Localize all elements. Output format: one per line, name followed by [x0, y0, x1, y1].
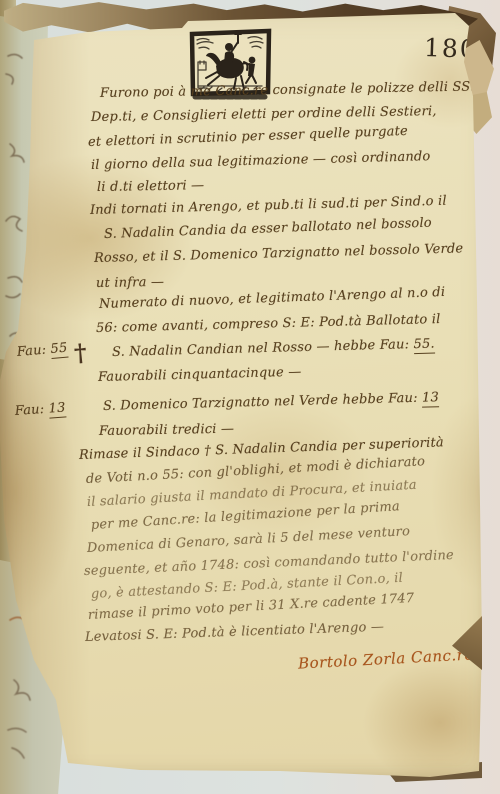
manuscript-line: 56: come avanti, compreso S: E: Pod.tà B… — [96, 313, 441, 337]
manuscript-line: ut infra — — [96, 276, 164, 292]
signature: Bortolo Zorla Canc.re — [298, 645, 475, 672]
manuscript-line: Rosso, et il S. Domenico Tarzignatto nel… — [94, 242, 464, 267]
manuscript-photo: 180 Furono poi à me Canc.re consignate l… — [0, 0, 500, 794]
margin-note-fau-55: Fau: 55 — [16, 342, 68, 361]
manuscript-page: 180 Furono poi à me Canc.re consignate l… — [0, 0, 500, 794]
margin-note-fau-13: Fau: 13 — [14, 401, 66, 419]
manuscript-line: S. Nadalin Candia da esser ballotato nel… — [104, 217, 432, 243]
manuscript-line: Furono poi à me Canc.re consignate le po… — [100, 80, 485, 102]
manuscript-line: Fauorabili cinquantacinque — — [98, 366, 302, 386]
manuscript-line: S. Nadalin Candian nel Rosso — hebbe Fau… — [112, 338, 435, 361]
manuscript-line: S. Domenico Tarzignatto nel Verde hebbe … — [103, 391, 439, 415]
manuscript-line: Dep.ti, e Consiglieri eletti per ordine … — [91, 105, 437, 126]
manuscript-line: et elettori in scrutinio per esser quell… — [88, 125, 408, 151]
manuscript-line: il giorno della sua legitimazione — così… — [91, 150, 431, 174]
manuscript-line: Fauorabili tredici — — [99, 423, 234, 440]
manuscript-line: Indi tornati in Arengo, et pub.ti li sud… — [90, 195, 447, 219]
manuscript-line: li d.ti elettori — — [97, 179, 205, 196]
manuscript-line: Levatosi S. E: Pod.tà è licentiato l'Are… — [85, 621, 385, 646]
ballot-cross-mark-icon: † — [73, 338, 88, 368]
